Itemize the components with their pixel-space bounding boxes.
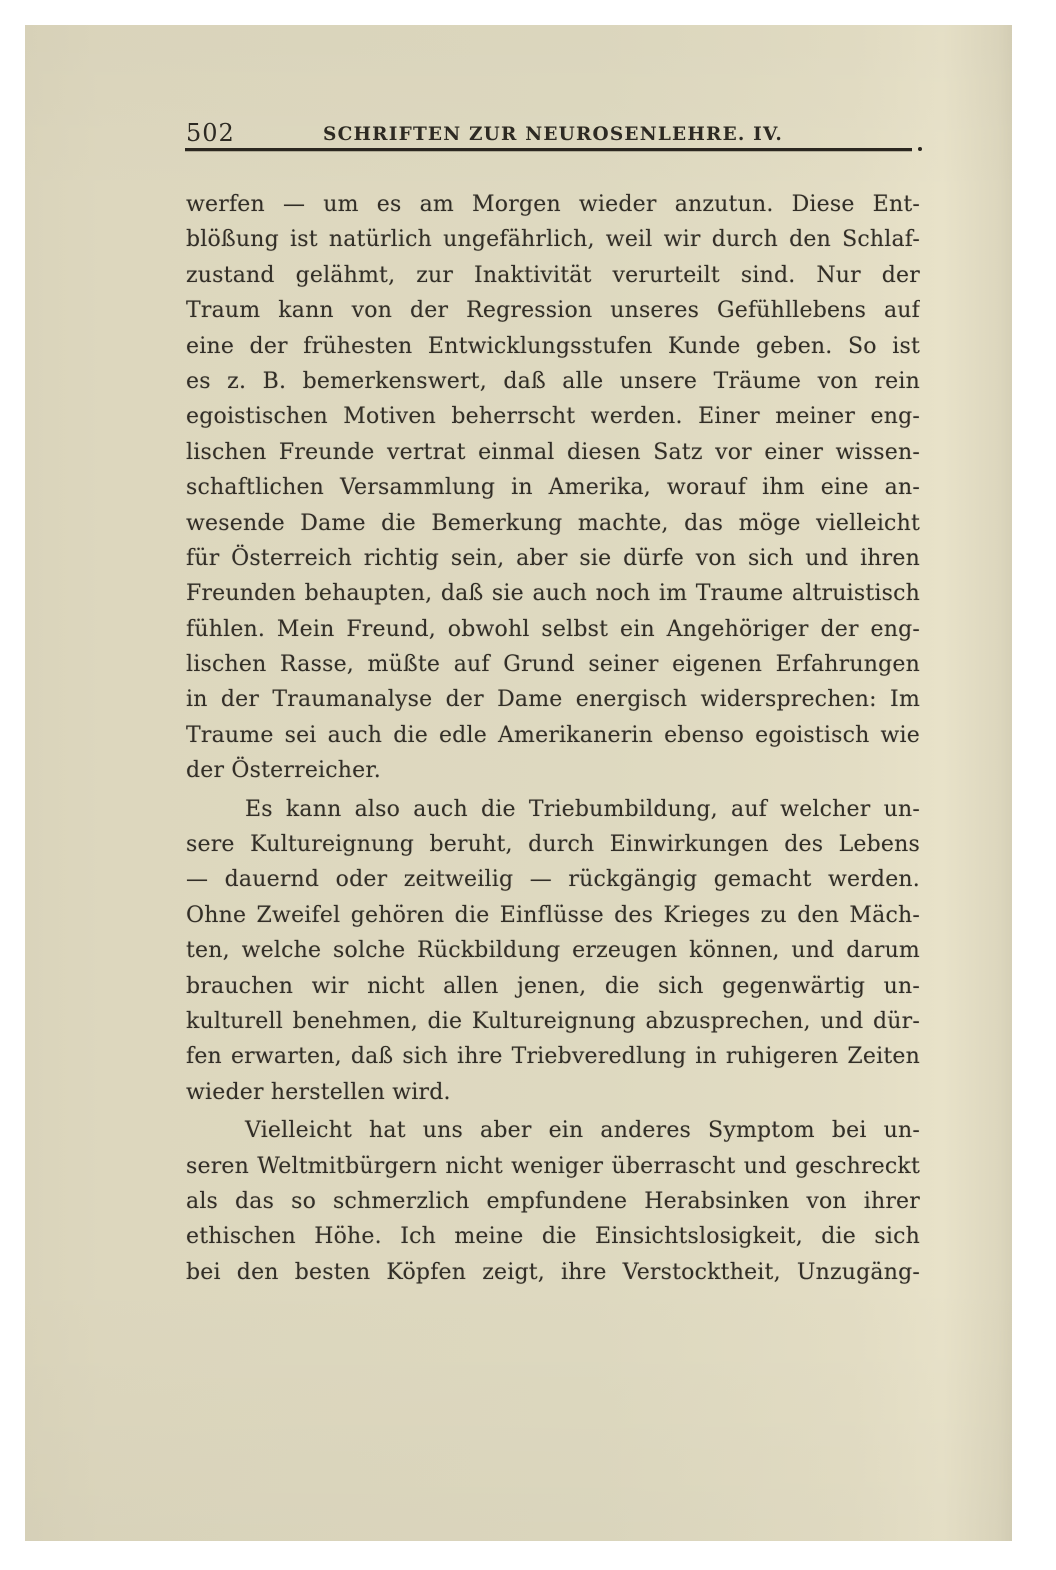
text-line: bei den besten Köpfen zeigt, ihre Versto… [186,1255,920,1290]
text-line: fen erwarten, daß sich ihre Triebveredlu… [186,1039,920,1074]
paragraph: werfen — um es am Morgen wieder anzutun.… [186,187,920,789]
text-line: — dauernd oder zeitweilig — rückgängig g… [186,862,920,897]
paragraph: Vielleicht hat uns aber ein anderes Symp… [186,1113,920,1290]
header-rule [185,148,912,151]
text-line: Vielleicht hat uns aber ein anderes Symp… [186,1113,920,1148]
text-line: egoistischen Motiven beherrscht werden. … [186,399,920,434]
text-line: für Österreich richtig sein, aber sie dü… [186,541,920,576]
text-line: es z. B. bemerkenswert, daß alle unsere … [186,364,920,399]
text-line: Traume sei auch die edle Amerikanerin eb… [186,718,920,753]
text-line: Traum kann von der Regression unseres Ge… [186,293,920,328]
text-line: wieder herstellen wird. [186,1075,920,1110]
text-line: lischen Rasse, müßte auf Grund seiner ei… [186,647,920,682]
text-line: als das so schmerzlich empfundene Herabs… [186,1184,920,1219]
text-line: Ohne Zweifel gehören die Einflüsse des K… [186,898,920,933]
text-line: der Österreicher. [186,753,920,788]
text-line: kulturell benehmen, die Kultureignung ab… [186,1004,920,1039]
text-line: zustand gelähmt, zur Inaktivität verurte… [186,258,920,293]
text-line: brauchen wir nicht allen jenen, die sich… [186,969,920,1004]
text-line: wesende Dame die Bemerkung machte, das m… [186,506,920,541]
text-line: Es kann also auch die Triebumbildung, au… [186,792,920,827]
page-header: 502 SCHRIFTEN ZUR NEUROSENLEHRE. IV. [186,121,920,147]
paragraph: Es kann also auch die Triebumbildung, au… [186,792,920,1111]
running-title: SCHRIFTEN ZUR NEUROSENLEHRE. IV. [186,124,920,145]
text-line: Freunden behaupten, daß sie auch noch im… [186,576,920,611]
text-line: ten, welche solche Rückbildung erzeugen … [186,933,920,968]
book-page: 502 SCHRIFTEN ZUR NEUROSENLEHRE. IV. wer… [25,25,1012,1541]
text-line: seren Weltmitbürgern nicht weniger überr… [186,1149,920,1184]
text-line: lischen Freunde vertrat einmal diesen Sa… [186,435,920,470]
text-line: eine der frühesten Entwicklungsstufen Ku… [186,329,920,364]
text-line: schaftlichen Versammlung in Amerika, wor… [186,470,920,505]
scanned-page: 502 SCHRIFTEN ZUR NEUROSENLEHRE. IV. wer… [0,0,1056,1570]
text-block: werfen — um es am Morgen wieder anzutun.… [186,187,920,1290]
text-line: werfen — um es am Morgen wieder anzutun.… [186,187,920,222]
text-line: blößung ist natürlich ungefährlich, weil… [186,222,920,257]
text-line: fühlen. Mein Freund, obwohl selbst ein A… [186,612,920,647]
text-line: sere Kultureignung beruht, durch Einwirk… [186,827,920,862]
text-line: ethischen Höhe. Ich meine die Einsichtsl… [186,1219,920,1254]
text-line: in der Traumanalyse der Dame energisch w… [186,682,920,717]
